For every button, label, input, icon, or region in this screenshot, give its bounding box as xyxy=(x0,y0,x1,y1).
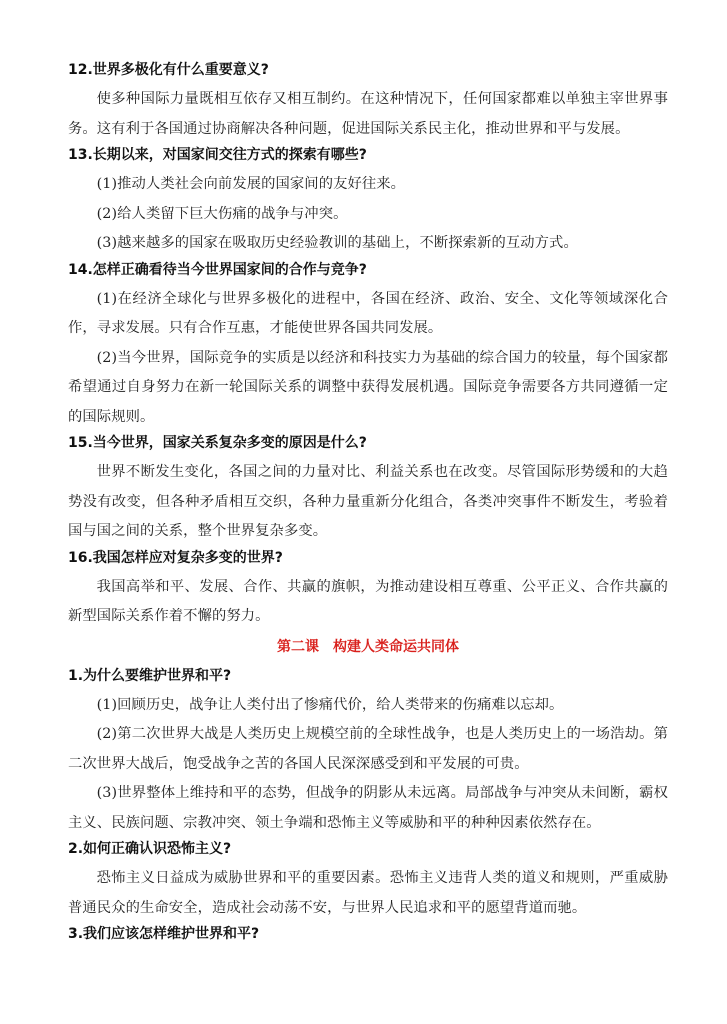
question-heading: 3.我们应该怎样维护世界和平? xyxy=(68,924,668,944)
answer-paragraph: (3)世界整体上维持和平的态势，但战争的阴影从未远离。局部战争与冲突从未间断，霸… xyxy=(68,779,668,838)
question-heading: 2.如何正确认识恐怖主义? xyxy=(68,839,668,859)
lesson-title: 第二课 构建人类命运共同体 xyxy=(68,636,668,658)
answer-paragraph: (2)给人类留下巨大伤痛的战争与冲突。 xyxy=(68,200,668,230)
question-heading: 13.长期以来，对国家间交往方式的探索有哪些? xyxy=(68,145,668,165)
question-heading: 1.为什么要维护世界和平? xyxy=(68,666,668,686)
question-block-15: 15.当今世界，国家关系复杂多变的原因是什么? 世界不断发生变化，各国之间的力量… xyxy=(68,433,668,547)
answer-paragraph: 世界不断发生变化，各国之间的力量对比、利益关系也在改变。尽管国际形势缓和的大趋势… xyxy=(68,458,668,547)
answer-paragraph: (2)当今世界，国际竞争的实质是以经济和科技实力为基础的综合国力的较量，每个国家… xyxy=(68,344,668,433)
question-heading: 16.我国怎样应对复杂多变的世界? xyxy=(68,548,668,568)
answer-paragraph: (2)第二次世界大战是人类历史上规模空前的全球性战争，也是人类历史上的一场浩劫。… xyxy=(68,720,668,779)
answer-paragraph: 恐怖主义日益成为威胁世界和平的重要因素。恐怖主义违背人类的道义和规则，严重威胁普… xyxy=(68,864,668,923)
answer-paragraph: (1)推动人类社会向前发展的国家间的友好往来。 xyxy=(68,170,668,200)
answer-paragraph: 我国高举和平、发展、合作、共赢的旗帜，为推动建设相互尊重、公平正义、合作共赢的新… xyxy=(68,573,668,632)
question-block-13: 13.长期以来，对国家间交往方式的探索有哪些? (1)推动人类社会向前发展的国家… xyxy=(68,145,668,259)
question-heading: 12.世界多极化有什么重要意义? xyxy=(68,60,668,80)
lesson-question-block-1: 1.为什么要维护世界和平? (1)回顾历史，战争让人类付出了惨痛代价，给人类带来… xyxy=(68,666,668,839)
answer-paragraph: (1)在经济全球化与世界多极化的进程中，各国在经济、政治、安全、文化等领域深化合… xyxy=(68,285,668,344)
question-block-16: 16.我国怎样应对复杂多变的世界? 我国高举和平、发展、合作、共赢的旗帜，为推动… xyxy=(68,548,668,632)
question-heading: 15.当今世界，国家关系复杂多变的原因是什么? xyxy=(68,433,668,453)
answer-paragraph: 使多种国际力量既相互依存又相互制约。在这种情况下，任何国家都难以单独主宰世界事务… xyxy=(68,85,668,144)
question-block-12: 12.世界多极化有什么重要意义? 使多种国际力量既相互依存又相互制约。在这种情况… xyxy=(68,60,668,144)
question-block-14: 14.怎样正确看待当今世界国家间的合作与竞争? (1)在经济全球化与世界多极化的… xyxy=(68,260,668,433)
lesson-question-block-3: 3.我们应该怎样维护世界和平? xyxy=(68,924,668,944)
answer-paragraph: (1)回顾历史，战争让人类付出了惨痛代价，给人类带来的伤痛难以忘却。 xyxy=(68,691,668,721)
question-heading: 14.怎样正确看待当今世界国家间的合作与竞争? xyxy=(68,260,668,280)
answer-paragraph: (3)越来越多的国家在吸取历史经验教训的基础上，不断探索新的互动方式。 xyxy=(68,229,668,259)
lesson-question-block-2: 2.如何正确认识恐怖主义? 恐怖主义日益成为威胁世界和平的重要因素。恐怖主义违背… xyxy=(68,839,668,923)
document-page: 12.世界多极化有什么重要意义? 使多种国际力量既相互依存又相互制约。在这种情况… xyxy=(68,60,668,949)
